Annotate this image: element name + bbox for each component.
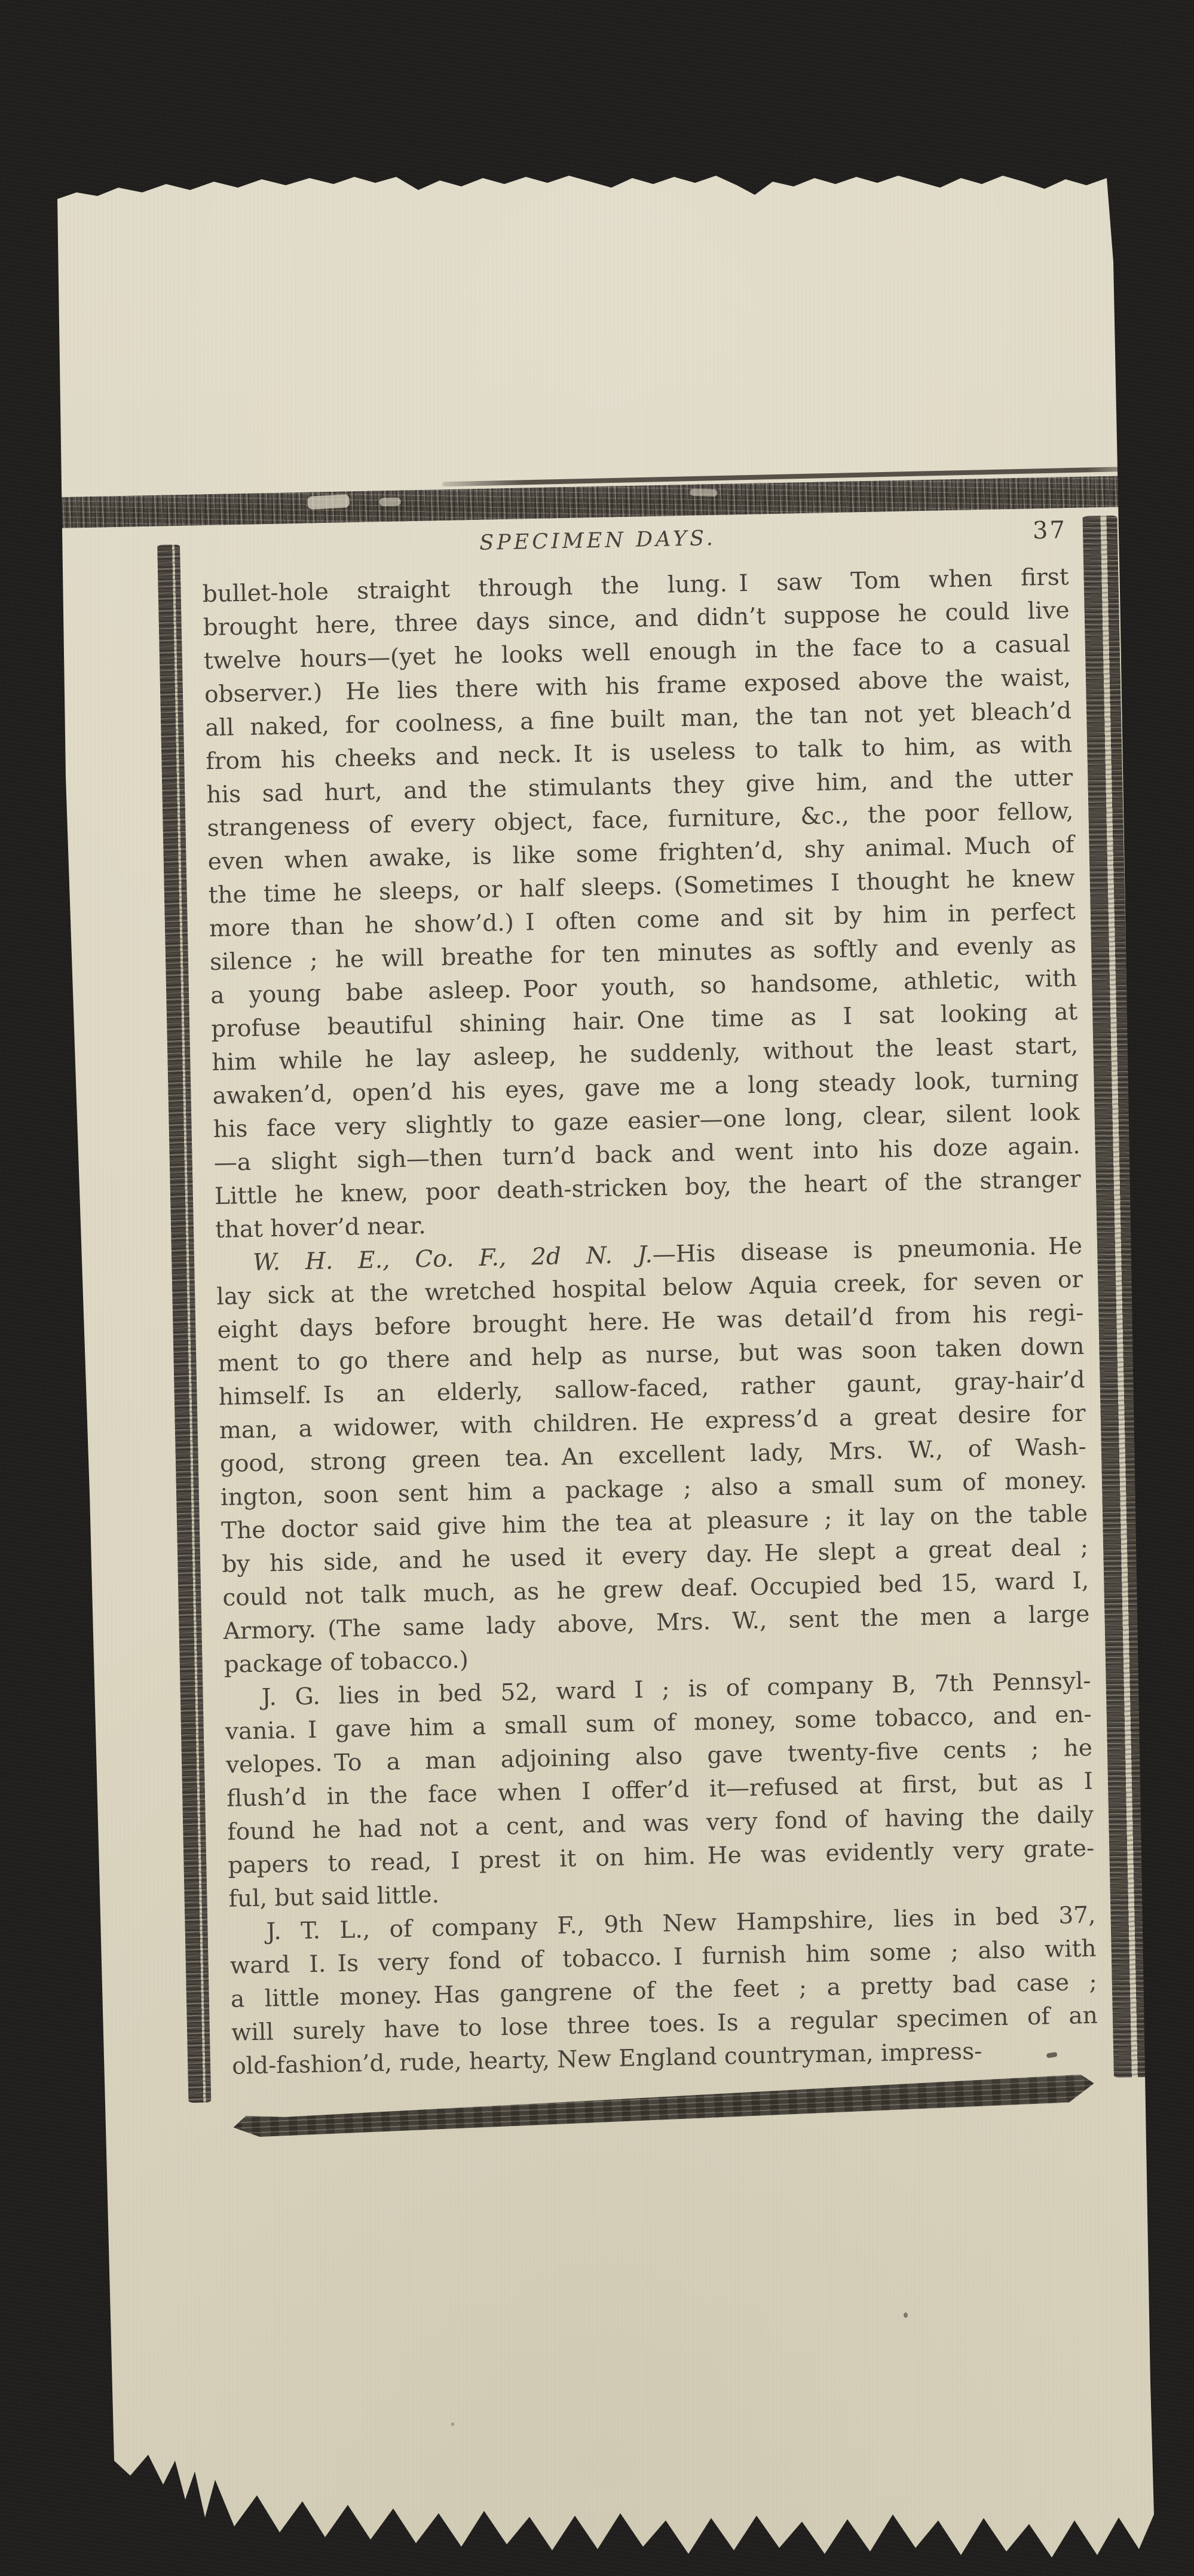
body-line-italic-segment: W. H. E., Co. F., 2d N. J. — [253, 1241, 653, 1276]
body-line-segment: package of tobacco.) — [224, 1647, 469, 1678]
body-line-segment: ful, but said little. — [228, 1882, 439, 1913]
body-line-segment: that hover’d near. — [215, 1212, 426, 1243]
paper-clipping: SPECIMEN DAYS. 37 bullet-hole straight t… — [53, 172, 1158, 2568]
print-block: SPECIMEN DAYS. 37 bullet-hole straight t… — [60, 462, 1166, 2168]
paper-speck — [451, 2422, 454, 2426]
band-wear-gap — [307, 494, 350, 510]
body-text: bullet-hole straight through the lung. I… — [202, 560, 1098, 2084]
paper-speck — [904, 2312, 908, 2318]
scan-background: { "colors": { "background": "#21201e", "… — [0, 0, 1194, 2576]
left-border-rule — [157, 544, 211, 2103]
band-wear-gap — [379, 498, 401, 507]
band-wear-gap — [690, 489, 717, 497]
bottom-rule — [232, 2074, 1095, 2139]
page-number: 37 — [1032, 514, 1067, 547]
body-line-segment: —His disease is pneumonia. He — [652, 1233, 1082, 1268]
